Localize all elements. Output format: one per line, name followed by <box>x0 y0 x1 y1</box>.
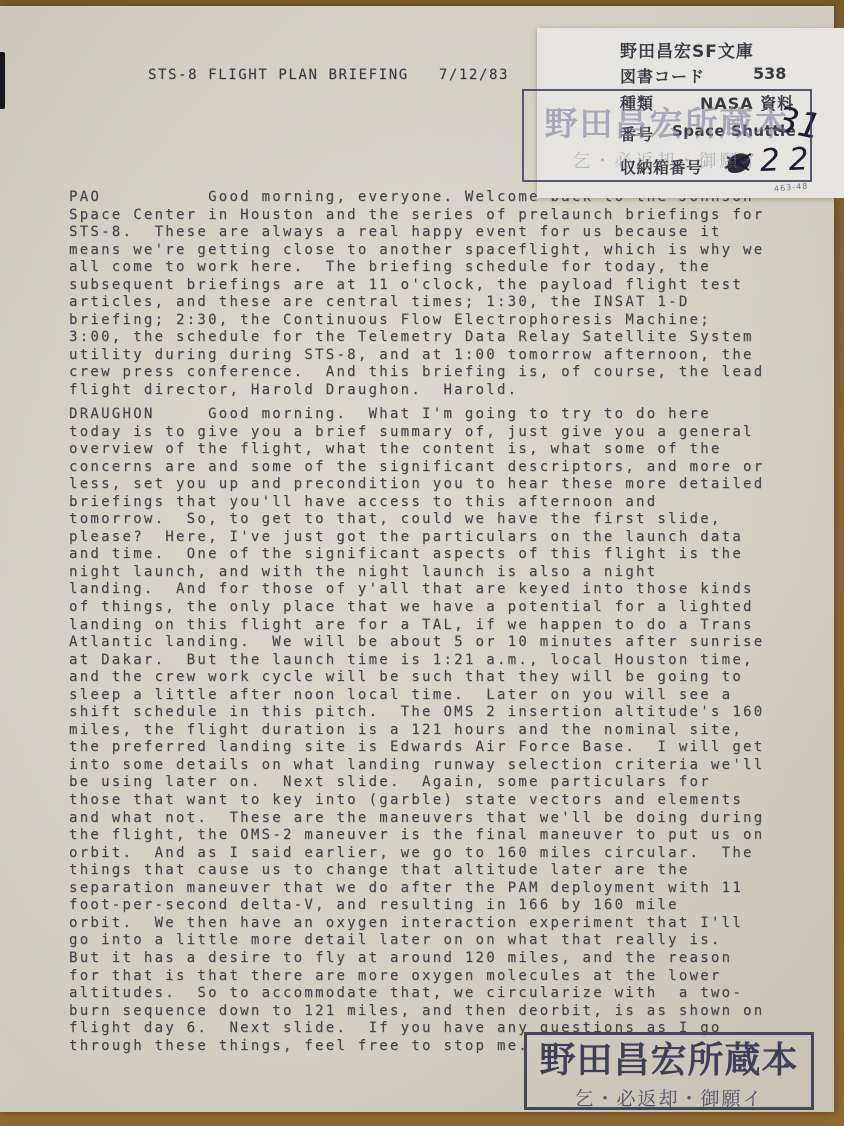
label-book-code-value: 538 <box>753 64 786 83</box>
document-title: STS-8 FLIGHT PLAN BRIEFING 7/12/83 <box>148 67 509 85</box>
ownership-stamp-owner-text: 野田昌宏所蔵本 <box>539 1032 798 1083</box>
paper-sheet: STS-8 FLIGHT PLAN BRIEFING 7/12/83 PAO G… <box>0 6 834 1112</box>
scanned-document-page: STS-8 FLIGHT PLAN BRIEFING 7/12/83 PAO G… <box>0 0 844 1126</box>
ownership-stamp-return-request-text: 乞・必返却・御願イ <box>574 1084 763 1111</box>
transcript-paragraph-pao: PAO Good morning, everyone. Welcome back… <box>69 189 764 400</box>
faded-stamp-owner-text: 野田昌宏所蔵本 <box>545 98 790 145</box>
faded-ownership-stamp: 野田昌宏所蔵本 乞・必返却・御願イ <box>522 89 812 182</box>
faded-stamp-return-request-text: 乞・必返却・御願イ <box>573 147 762 173</box>
transcript-paragraph-draughon: DRAUGHON Good morning. What I'm going to… <box>69 406 764 1055</box>
ownership-stamp: 野田昌宏所蔵本 乞・必返却・御願イ <box>524 1032 814 1110</box>
label-collection-name: 野田昌宏SF文庫 <box>620 37 754 62</box>
label-book-code-label: 図書コード <box>620 64 705 87</box>
binding-mark <box>0 52 5 109</box>
